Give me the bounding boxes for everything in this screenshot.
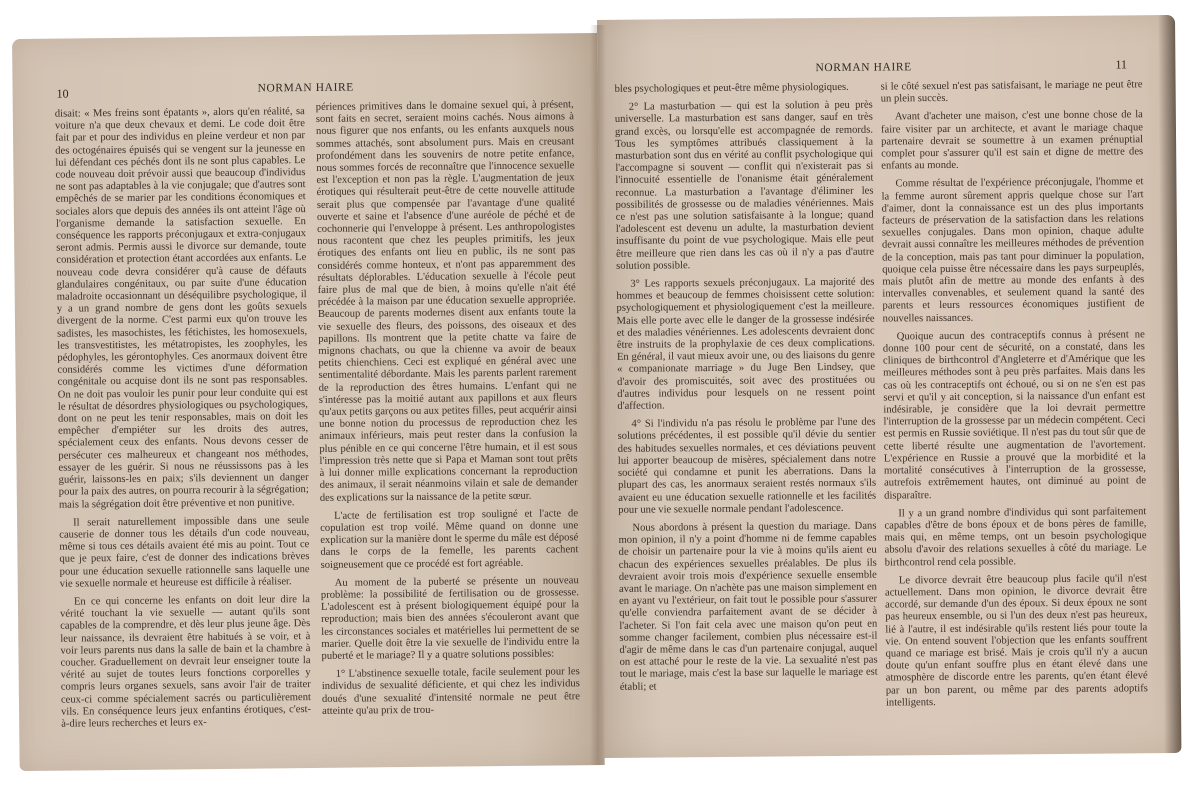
- paragraph: périences primitives dans le domaine sex…: [316, 99, 578, 504]
- left-page-column-2: périences primitives dans le domaine sex…: [316, 99, 580, 724]
- paragraph: L'acte de fertilisation est trop soulign…: [320, 508, 579, 572]
- paragraph: Il serait naturellement impossible dans …: [59, 515, 310, 591]
- right-page-column-2: si le côté sexuel n'est pas satisfaisant…: [881, 79, 1149, 715]
- paragraph: 3° Les rapports sexuels préconjugaux. La…: [616, 277, 875, 413]
- paragraph: En ce qui concerne les enfants on doit l…: [60, 594, 311, 731]
- paragraph: Avant d'acheter une maison, c'est une bo…: [881, 110, 1144, 173]
- paragraph: Quoique aucun des contraceptifs connus à…: [883, 329, 1146, 502]
- paragraph: Au moment de la puberté se présente un n…: [321, 575, 580, 663]
- right-page-column-1: bles psychologiques et peut-être même ph…: [615, 82, 878, 700]
- paragraph: 4° Si l'individu n'a pas résolu le probl…: [617, 417, 876, 517]
- paragraph: bles psychologiques et peut-être même ph…: [615, 82, 873, 96]
- right-page-number: 11: [1115, 57, 1127, 72]
- paragraph: disait: « Mes freins sont épatants », al…: [55, 106, 309, 511]
- left-running-head: NORMAN HAIRE: [258, 82, 354, 95]
- paragraph: 1° L'abstinence sexuelle totale, facile …: [322, 666, 580, 718]
- left-page-column-1: disait: « Mes freins sont épatants », al…: [55, 106, 312, 737]
- paragraph: Le divorce devrait être beaucoup plus fa…: [885, 573, 1148, 710]
- paragraph: si le côté sexuel n'est pas satisfaisant…: [881, 79, 1143, 106]
- paragraph: 2° La masturbation — qui est la solution…: [615, 100, 874, 273]
- paragraph: Nous abordons à présent la question du m…: [618, 520, 877, 693]
- right-running-head: NORMAN HAIRE: [815, 61, 911, 74]
- paragraph: Il y a un grand nombre d'individus qui s…: [884, 506, 1147, 569]
- left-page: 10 NORMAN HAIRE disait: « Mes freins son…: [12, 33, 605, 771]
- left-page-number: 10: [57, 87, 69, 102]
- right-page: NORMAN HAIRE 11 bles psychologiques et p…: [597, 15, 1181, 758]
- paragraph: Comme résultat de l'expérience préconjug…: [881, 177, 1144, 326]
- open-book-spread: 10 NORMAN HAIRE disait: « Mes freins son…: [0, 0, 1200, 793]
